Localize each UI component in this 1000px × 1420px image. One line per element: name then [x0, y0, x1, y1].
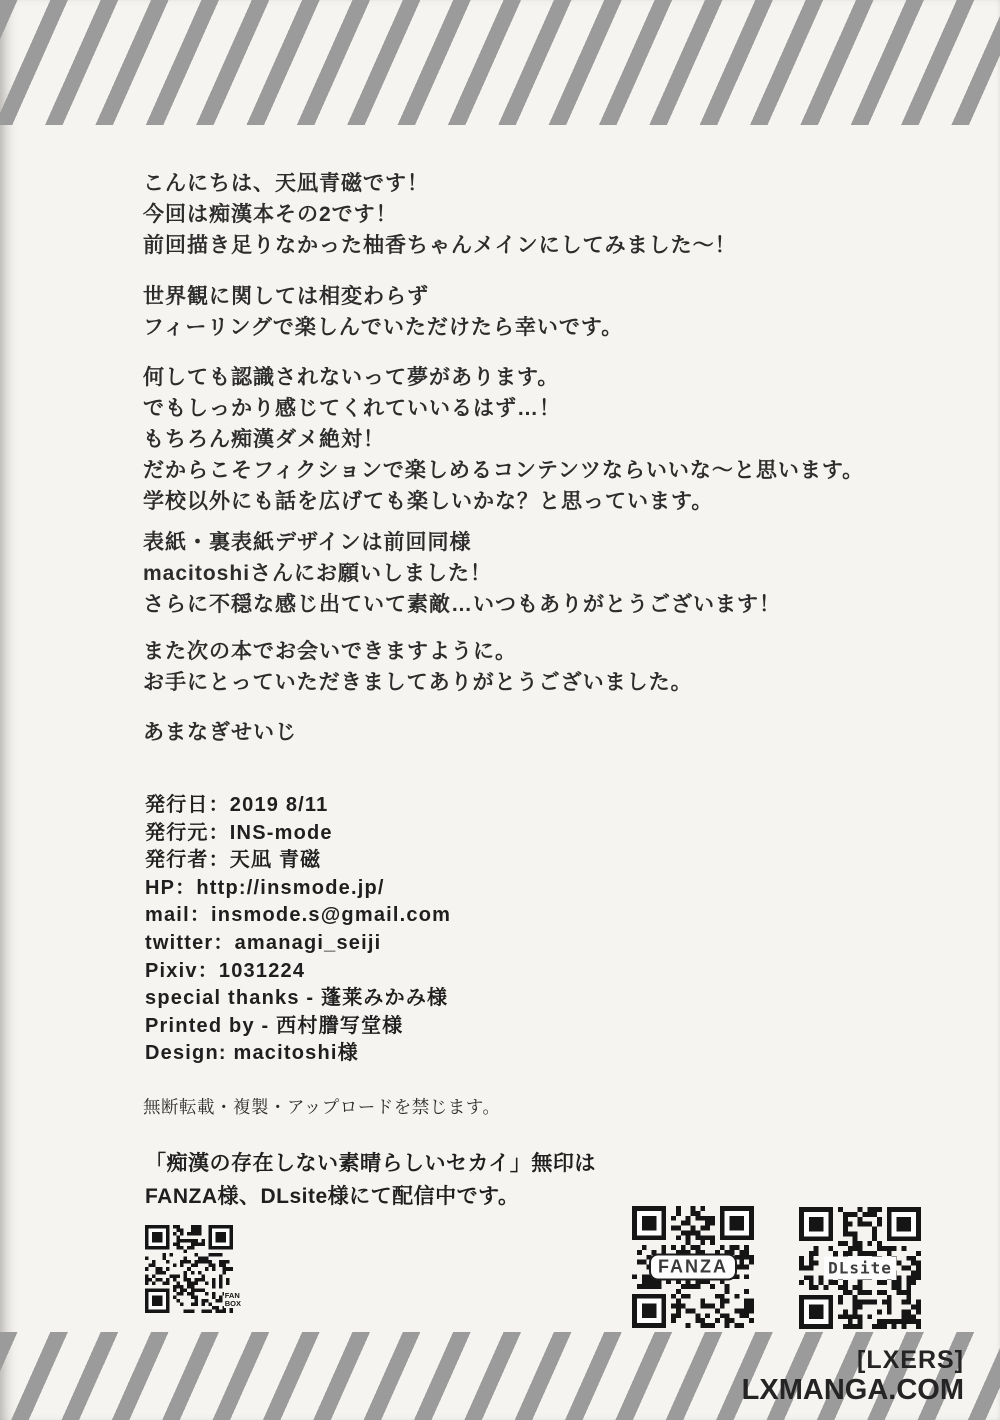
copyright-notice: 無断転載・複製・アップロードを禁じます。 — [143, 1094, 500, 1119]
author-signature: あまなぎせいじ — [143, 717, 297, 748]
text-line: お手にとっていただきましてありがとうございました。 — [143, 667, 693, 698]
afterword-paragraph-design-credit: 表紙・裏表紙デザインは前回同様 macitoshiさんにお願いしました！ さらに… — [143, 527, 781, 620]
text-line: でもしっかり感じてくれていいるはず…！ — [143, 393, 864, 424]
colophon-line-publisher: 発行元：INS-mode — [145, 820, 451, 848]
text-line: 「痴漢の存在しない素晴らしいセカイ」無印は — [145, 1147, 596, 1180]
colophon-line-designer: Design: macitoshi様 — [145, 1040, 451, 1068]
colophon-line-pixiv: Pixiv：1031224 — [145, 958, 451, 986]
text-line: 学校以外にも話を広げても楽しいかな？と思っています。 — [143, 486, 864, 517]
afterword-paragraph-theme: 何しても認識されないって夢があります。 でもしっかり感じてくれていいるはず…！ … — [143, 362, 864, 517]
colophon-block: 発行日：2019 8/11 発行元：INS-mode 発行者：天凪 青磁 HP：… — [145, 792, 451, 1068]
colophon-line-twitter: twitter：amanagi_seiji — [145, 930, 451, 958]
qr-code-dlsite: DLsite — [799, 1207, 921, 1329]
text-line: BOX — [225, 1300, 241, 1308]
qr-code-fanza: FANZA — [632, 1206, 754, 1328]
site-watermark: [LXERS] LXMANGA.COM — [742, 1346, 964, 1406]
distribution-info: 「痴漢の存在しない素晴らしいセカイ」無印は FANZA様、DLsite様にて配信… — [145, 1147, 596, 1213]
text-line: 前回描き足りなかった柚香ちゃんメインにしてみました〜！ — [143, 230, 737, 261]
text-line: さらに不穏な感じ出ていて素敵…いつもありがとうございます！ — [143, 589, 781, 620]
colophon-line-author: 発行者：天凪 青磁 — [145, 847, 451, 875]
text-line: 世界観に関しては相変わらず — [143, 281, 623, 312]
scanned-afterword-page: こんにちは、天凪青磁です！ 今回は痴漢本その2です！ 前回描き足りなかった柚香ち… — [0, 0, 1000, 1420]
afterword-paragraph-greeting: こんにちは、天凪青磁です！ 今回は痴漢本その2です！ 前回描き足りなかった柚香ち… — [143, 168, 737, 261]
colophon-line-mail: mail：insmode.s@gmail.com — [145, 902, 451, 930]
colophon-line-printer: Printed by - 西村謄写堂様 — [145, 1013, 451, 1041]
text-line: 何しても認識されないって夢があります。 — [143, 362, 864, 393]
afterword-paragraph-worldview: 世界観に関しては相変わらず フィーリングで楽しんでいただけたら幸いです。 — [143, 281, 623, 343]
text-line: だからこそフィクションで楽しめるコンテンツならいいな〜と思います。 — [143, 455, 864, 486]
text-line: もちろん痴漢ダメ絶対！ — [143, 424, 864, 455]
text-line: macitoshiさんにお願いしました！ — [143, 558, 781, 589]
diagonal-stripes-top — [0, 0, 1000, 125]
text-line: 今回は痴漢本その2です！ — [143, 199, 737, 230]
text-line: 表紙・裏表紙デザインは前回同様 — [143, 527, 781, 558]
text-line: FANZA様、DLsite様にて配信中です。 — [145, 1180, 596, 1213]
colophon-line-homepage: HP：http://insmode.jp/ — [145, 875, 451, 903]
fanza-label: FANZA — [649, 1254, 737, 1281]
qr-code-fanbox: FAN BOX — [145, 1225, 233, 1313]
watermark-tag: [LXERS] — [742, 1346, 964, 1375]
text-line: フィーリングで楽しんでいただけたら幸いです。 — [143, 312, 623, 343]
text-line: また次の本でお会いできますように。 — [143, 636, 693, 667]
afterword-paragraph-farewell: また次の本でお会いできますように。 お手にとっていただきましてありがとうございま… — [143, 636, 693, 698]
colophon-line-special-thanks: special thanks - 蓬莱みかみ様 — [145, 985, 451, 1013]
fanbox-label: FAN BOX — [224, 1291, 242, 1308]
dlsite-label: DLsite — [824, 1257, 896, 1280]
watermark-site: LXMANGA.COM — [742, 1375, 964, 1406]
text-line: こんにちは、天凪青磁です！ — [143, 168, 737, 199]
colophon-line-publish-date: 発行日：2019 8/11 — [145, 792, 451, 820]
